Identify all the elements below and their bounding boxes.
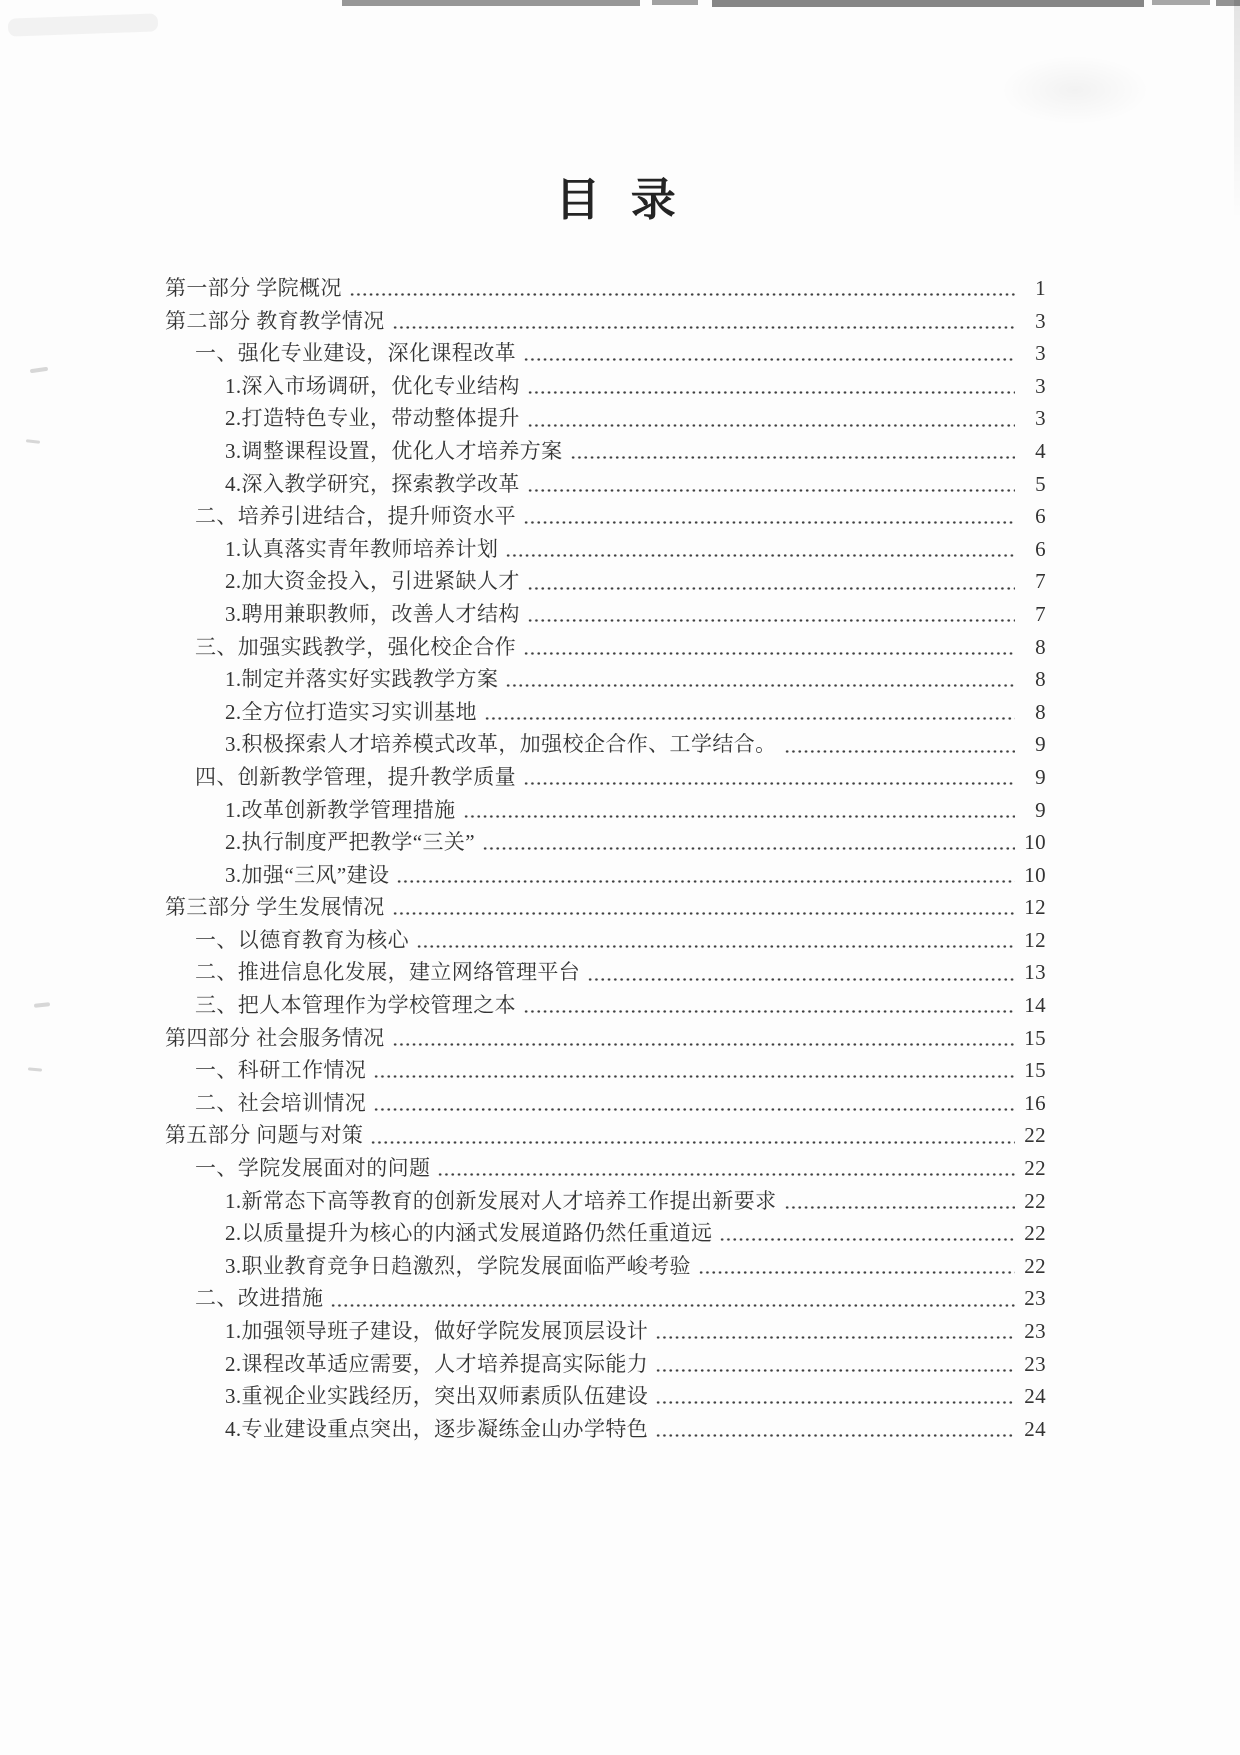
toc-entry: 第三部分 学生发展情况 12 xyxy=(165,891,1046,924)
toc-dot-leader xyxy=(718,1217,1015,1250)
toc-dot-leader xyxy=(526,565,1015,598)
toc-entry: 1.深入市场调研，优化专业结构 3 xyxy=(165,370,1046,403)
toc-entry-page-number: 7 xyxy=(1020,598,1046,631)
scan-artifact-top-edge xyxy=(1152,0,1210,5)
toc-entry-page-number: 9 xyxy=(1020,761,1046,794)
toc-entry-page-number: 22 xyxy=(1020,1119,1046,1152)
toc-entry-label: 1.制定并落实好实践教学方案 xyxy=(225,663,498,696)
toc-entry: 第一部分 学院概况 1 xyxy=(165,272,1046,305)
toc-entry: 3.调整课程设置，优化人才培养方案 4 xyxy=(165,435,1046,468)
toc-dot-leader xyxy=(395,859,1015,892)
toc-entry-page-number: 16 xyxy=(1020,1087,1046,1120)
toc-entry: 三、把人本管理作为学校管理之本 14 xyxy=(165,989,1046,1022)
toc-entry: 3.加强“三风”建设 10 xyxy=(165,859,1046,892)
toc-entry-page-number: 10 xyxy=(1020,859,1046,892)
table-of-contents: 第一部分 学院概况 1 第二部分 教育教学情况 3 一、强化专业建设，深化课程改… xyxy=(165,272,1046,1445)
toc-entry-page-number: 23 xyxy=(1020,1348,1046,1381)
toc-entry: 第五部分 问题与对策 22 xyxy=(165,1119,1046,1152)
toc-entry-page-number: 8 xyxy=(1020,631,1046,664)
toc-dot-leader xyxy=(526,598,1015,631)
toc-entry: 2.执行制度严把教学“三关” 10 xyxy=(165,826,1046,859)
toc-dot-leader xyxy=(783,1185,1015,1218)
toc-dot-leader xyxy=(526,402,1015,435)
toc-entry: 2.加大资金投入，引进紧缺人才 7 xyxy=(165,565,1046,598)
toc-entry-page-number: 14 xyxy=(1020,989,1046,1022)
toc-entry-page-number: 1 xyxy=(1020,272,1046,305)
toc-entry: 3.职业教育竞争日趋激烈，学院发展面临严峻考验 22 xyxy=(165,1250,1046,1283)
scanned-document-page: 目 录 第一部分 学院概况 1 第二部分 教育教学情况 3 一、强化专业建设，深… xyxy=(0,0,1240,1755)
toc-entry-label: 第一部分 学院概况 xyxy=(165,272,342,305)
toc-entry-label: 第二部分 教育教学情况 xyxy=(165,305,385,338)
toc-entry-label: 一、学院发展面对的问题 xyxy=(195,1152,430,1185)
toc-entry-page-number: 13 xyxy=(1020,956,1046,989)
toc-dot-leader xyxy=(391,1022,1015,1055)
toc-entry-label: 4.深入教学研究，探索教学改革 xyxy=(225,468,520,501)
toc-entry: 4.专业建设重点突出，逐步凝练金山办学特色 24 xyxy=(165,1413,1046,1446)
toc-entry-page-number: 23 xyxy=(1020,1315,1046,1348)
scan-artifact-margin-mark xyxy=(30,367,48,373)
toc-entry-page-number: 24 xyxy=(1020,1380,1046,1413)
toc-entry: 1.改革创新教学管理措施 9 xyxy=(165,794,1046,827)
toc-entry-label: 3.积极探索人才培养模式改革，加强校企合作、工学结合。 xyxy=(225,728,777,761)
toc-dot-leader xyxy=(522,989,1015,1022)
toc-entry-label: 2.全方位打造实习实训基地 xyxy=(225,696,477,729)
toc-entry-page-number: 22 xyxy=(1020,1185,1046,1218)
toc-entry-page-number: 12 xyxy=(1020,891,1046,924)
scan-artifact-margin-mark xyxy=(34,1002,50,1008)
toc-entry: 1.加强领导班子建设，做好学院发展顶层设计 23 xyxy=(165,1315,1046,1348)
toc-entry-label: 3.职业教育竞争日趋激烈，学院发展面临严峻考验 xyxy=(225,1250,691,1283)
toc-entry-label: 2.课程改革适应需要，人才培养提高实际能力 xyxy=(225,1348,648,1381)
toc-dot-leader xyxy=(372,1087,1015,1120)
toc-dot-leader xyxy=(372,1054,1015,1087)
toc-entry: 3.积极探索人才培养模式改革，加强校企合作、工学结合。 9 xyxy=(165,728,1046,761)
toc-entry: 二、推进信息化发展，建立网络管理平台 13 xyxy=(165,956,1046,989)
toc-dot-leader xyxy=(436,1152,1015,1185)
toc-entry-label: 2.打造特色专业，带动整体提升 xyxy=(225,402,520,435)
toc-dot-leader xyxy=(526,468,1015,501)
toc-dot-leader xyxy=(483,696,1015,729)
toc-entry: 第二部分 教育教学情况 3 xyxy=(165,305,1046,338)
toc-entry-label: 四、创新教学管理，提升教学质量 xyxy=(195,761,516,794)
toc-entry-page-number: 23 xyxy=(1020,1282,1046,1315)
toc-entry-page-number: 7 xyxy=(1020,565,1046,598)
toc-entry-label: 二、改进措施 xyxy=(195,1282,323,1315)
toc-entry: 1.制定并落实好实践教学方案 8 xyxy=(165,663,1046,696)
toc-entry: 3.聘用兼职教师，改善人才结构 7 xyxy=(165,598,1046,631)
toc-dot-leader xyxy=(329,1282,1015,1315)
toc-entry-label: 二、培养引进结合，提升师资水平 xyxy=(195,500,516,533)
toc-entry: 一、以德育教育为核心 12 xyxy=(165,924,1046,957)
toc-entry-page-number: 8 xyxy=(1020,663,1046,696)
toc-entry: 一、强化专业建设，深化课程改革 3 xyxy=(165,337,1046,370)
toc-entry-label: 三、把人本管理作为学校管理之本 xyxy=(195,989,516,1022)
toc-dot-leader xyxy=(391,305,1015,338)
toc-dot-leader xyxy=(369,1119,1015,1152)
scan-artifact-smudge xyxy=(8,13,159,36)
toc-entry-page-number: 3 xyxy=(1020,370,1046,403)
toc-entry: 第四部分 社会服务情况 15 xyxy=(165,1022,1046,1055)
toc-entry-label: 3.重视企业实践经历，突出双师素质队伍建设 xyxy=(225,1380,648,1413)
toc-dot-leader xyxy=(697,1250,1015,1283)
toc-entry-page-number: 24 xyxy=(1020,1413,1046,1446)
scan-artifact-margin-mark xyxy=(28,1067,42,1071)
toc-entry: 一、科研工作情况 15 xyxy=(165,1054,1046,1087)
toc-entry: 2.以质量提升为核心的内涵式发展道路仍然任重道远 22 xyxy=(165,1217,1046,1250)
toc-entry: 三、加强实践教学，强化校企合作 8 xyxy=(165,631,1046,664)
toc-entry: 1.新常态下高等教育的创新发展对人才培养工作提出新要求 22 xyxy=(165,1185,1046,1218)
toc-entry-label: 第四部分 社会服务情况 xyxy=(165,1022,385,1055)
toc-dot-leader xyxy=(348,272,1015,305)
toc-entry-page-number: 15 xyxy=(1020,1022,1046,1055)
toc-dot-leader xyxy=(586,956,1015,989)
toc-entry-page-number: 6 xyxy=(1020,533,1046,566)
toc-entry: 2.全方位打造实习实训基地 8 xyxy=(165,696,1046,729)
toc-entry-label: 3.调整课程设置，优化人才培养方案 xyxy=(225,435,563,468)
toc-entry-label: 一、科研工作情况 xyxy=(195,1054,366,1087)
toc-dot-leader xyxy=(391,891,1015,924)
toc-entry: 四、创新教学管理，提升教学质量 9 xyxy=(165,761,1046,794)
toc-entry-page-number: 4 xyxy=(1020,435,1046,468)
toc-dot-leader xyxy=(481,826,1015,859)
toc-dot-leader xyxy=(462,794,1015,827)
toc-entry-page-number: 9 xyxy=(1020,794,1046,827)
toc-entry-label: 2.执行制度严把教学“三关” xyxy=(225,826,475,859)
scan-artifact-top-edge xyxy=(652,0,698,5)
toc-entry: 一、学院发展面对的问题 22 xyxy=(165,1152,1046,1185)
toc-entry-label: 第三部分 学生发展情况 xyxy=(165,891,385,924)
toc-entry: 2.课程改革适应需要，人才培养提高实际能力 23 xyxy=(165,1348,1046,1381)
toc-entry-page-number: 3 xyxy=(1020,337,1046,370)
toc-entry-page-number: 22 xyxy=(1020,1250,1046,1283)
toc-entry-label: 4.专业建设重点突出，逐步凝练金山办学特色 xyxy=(225,1413,648,1446)
toc-entry-label: 2.加大资金投入，引进紧缺人才 xyxy=(225,565,520,598)
toc-entry-label: 二、社会培训情况 xyxy=(195,1087,366,1120)
scan-artifact-margin-mark xyxy=(26,439,40,443)
toc-entry-page-number: 3 xyxy=(1020,402,1046,435)
toc-entry-label: 3.加强“三风”建设 xyxy=(225,859,389,892)
toc-entry: 4.深入教学研究，探索教学改革 5 xyxy=(165,468,1046,501)
toc-dot-leader xyxy=(654,1380,1015,1413)
toc-dot-leader xyxy=(504,663,1015,696)
toc-entry-label: 1.深入市场调研，优化专业结构 xyxy=(225,370,520,403)
toc-entry-label: 三、加强实践教学，强化校企合作 xyxy=(195,631,516,664)
toc-entry-label: 一、强化专业建设，深化课程改革 xyxy=(195,337,516,370)
toc-dot-leader xyxy=(526,370,1015,403)
toc-dot-leader xyxy=(783,728,1015,761)
toc-entry: 3.重视企业实践经历，突出双师素质队伍建设 24 xyxy=(165,1380,1046,1413)
toc-entry-page-number: 22 xyxy=(1020,1152,1046,1185)
toc-entry-page-number: 10 xyxy=(1020,826,1046,859)
toc-entry-label: 3.聘用兼职教师，改善人才结构 xyxy=(225,598,520,631)
toc-dot-leader xyxy=(522,631,1015,664)
toc-entry: 二、改进措施 23 xyxy=(165,1282,1046,1315)
toc-entry: 二、培养引进结合，提升师资水平 6 xyxy=(165,500,1046,533)
toc-entry-label: 一、以德育教育为核心 xyxy=(195,924,409,957)
page-title: 目 录 xyxy=(0,163,1240,228)
toc-entry-page-number: 9 xyxy=(1020,728,1046,761)
toc-entry-page-number: 12 xyxy=(1020,924,1046,957)
toc-dot-leader xyxy=(522,761,1015,794)
toc-entry-page-number: 3 xyxy=(1020,305,1046,338)
toc-entry-label: 1.加强领导班子建设，做好学院发展顶层设计 xyxy=(225,1315,648,1348)
toc-entry: 二、社会培训情况 16 xyxy=(165,1087,1046,1120)
toc-dot-leader xyxy=(522,500,1015,533)
toc-entry-label: 2.以质量提升为核心的内涵式发展道路仍然任重道远 xyxy=(225,1217,712,1250)
toc-dot-leader xyxy=(654,1413,1015,1446)
toc-entry-page-number: 22 xyxy=(1020,1217,1046,1250)
toc-entry: 2.打造特色专业，带动整体提升 3 xyxy=(165,402,1046,435)
toc-entry-page-number: 6 xyxy=(1020,500,1046,533)
toc-entry-label: 第五部分 问题与对策 xyxy=(165,1119,363,1152)
toc-entry-label: 1.认真落实青年教师培养计划 xyxy=(225,533,498,566)
scan-artifact-top-edge xyxy=(712,0,1144,7)
toc-entry-label: 1.改革创新教学管理措施 xyxy=(225,794,456,827)
toc-entry-page-number: 5 xyxy=(1020,468,1046,501)
toc-dot-leader xyxy=(504,533,1015,566)
toc-dot-leader xyxy=(654,1315,1015,1348)
scan-artifact-smudge xyxy=(1000,55,1150,125)
toc-dot-leader xyxy=(415,924,1015,957)
toc-dot-leader xyxy=(522,337,1015,370)
toc-entry-page-number: 15 xyxy=(1020,1054,1046,1087)
toc-entry: 1.认真落实青年教师培养计划 6 xyxy=(165,533,1046,566)
toc-entry-label: 二、推进信息化发展，建立网络管理平台 xyxy=(195,956,580,989)
scan-artifact-top-edge xyxy=(342,0,640,6)
toc-entry-label: 1.新常态下高等教育的创新发展对人才培养工作提出新要求 xyxy=(225,1185,777,1218)
toc-dot-leader xyxy=(569,435,1015,468)
toc-dot-leader xyxy=(654,1348,1015,1381)
toc-entry-page-number: 8 xyxy=(1020,696,1046,729)
